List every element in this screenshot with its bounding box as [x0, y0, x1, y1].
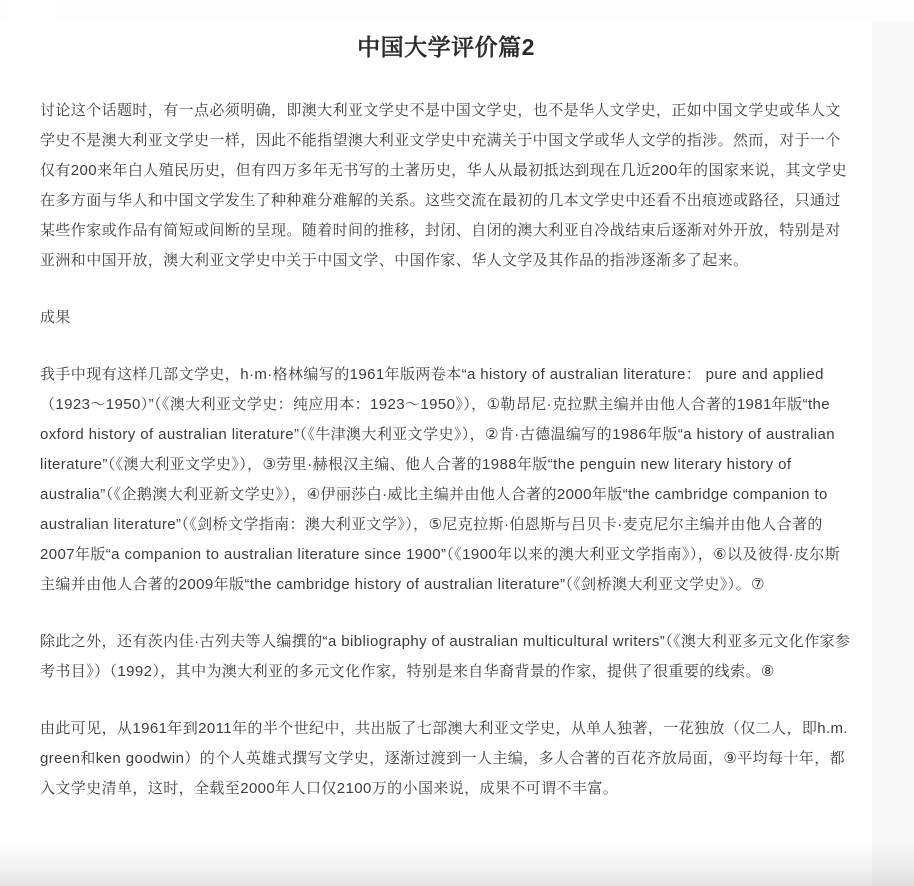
page-title: 中国大学评价篇2: [40, 32, 852, 62]
paragraph-intro: 讨论这个话题时，有一点必须明确，即澳大利亚文学史不是中国文学史，也不是华人文学史…: [40, 96, 852, 276]
article: 中国大学评价篇2 讨论这个话题时，有一点必须明确，即澳大利亚文学史不是中国文学史…: [40, 0, 852, 831]
section-heading-results: 成果: [40, 303, 852, 333]
paragraph-histories-list: 我手中现有这样几部文学史，h·m·格林编写的1961年版两卷本“a histor…: [40, 360, 852, 600]
right-gutter: [872, 22, 914, 886]
bottom-fade: [0, 840, 914, 886]
paragraph-bibliography: 除此之外，还有茨内佳·古列夫等人编撰的“a bibliography of au…: [40, 627, 852, 687]
paragraph-conclusion: 由此可见，从1961年到2011年的半个世纪中，共出版了七部澳大利亚文学史，从单…: [40, 714, 852, 804]
document-page: 中国大学评价篇2 讨论这个话题时，有一点必须明确，即澳大利亚文学史不是中国文学史…: [0, 0, 914, 886]
